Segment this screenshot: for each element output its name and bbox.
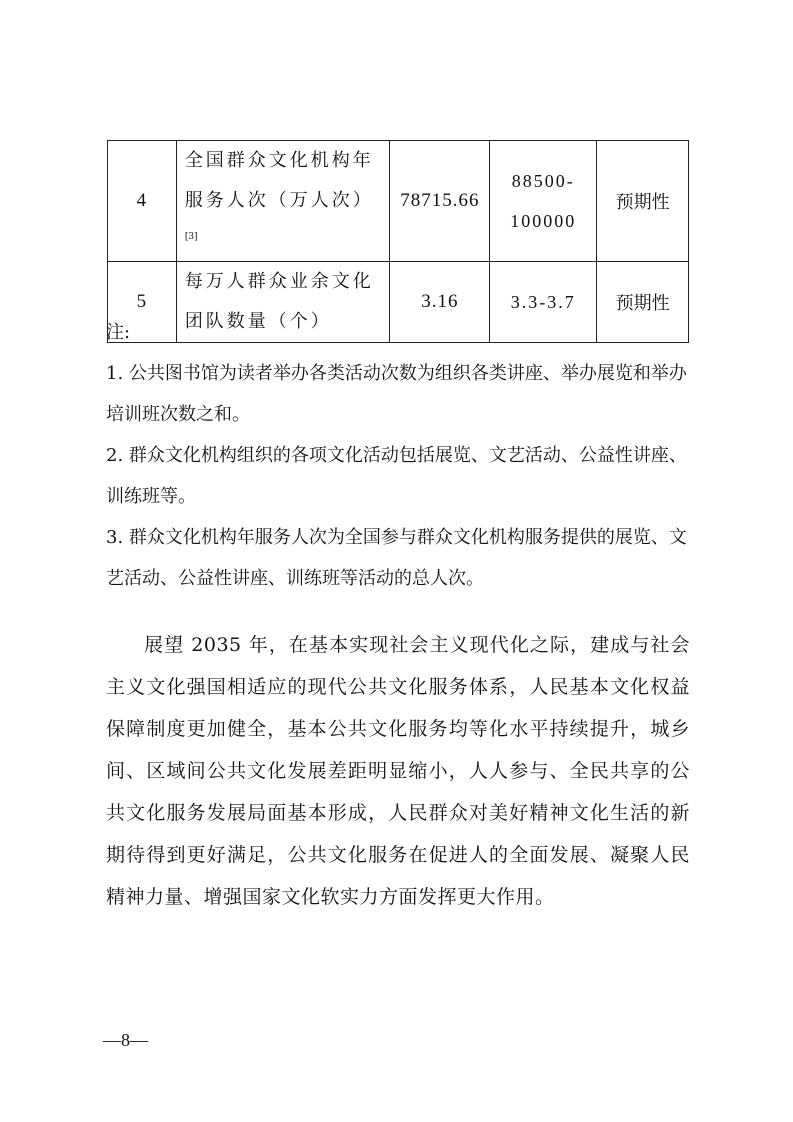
indicator-name: 全国群众文化机构年 服务人次（万人次）[3] — [176, 141, 390, 262]
indicator-name-line1: 全国群众文化机构年 — [185, 150, 374, 171]
note-item: 1. 公共图书馆为读者举办各类活动次数为组织各类讲座、举办展览和举办培训班次数之… — [106, 353, 690, 435]
target-line1: 88500- — [512, 171, 575, 191]
page-number: —8— — [103, 1030, 148, 1051]
footnote-ref: [3] — [185, 232, 198, 242]
notes-section: 注: 1. 公共图书馆为读者举办各类活动次数为组织各类讲座、举办展览和举办培训班… — [106, 312, 690, 599]
note-item: 3. 群众文化机构年服务人次为全国参与群众文化机构服务提供的展览、文艺活动、公益… — [106, 517, 690, 599]
indicator-name-line2: 服务人次（万人次） — [185, 190, 374, 211]
table-row: 4 全国群众文化机构年 服务人次（万人次）[3] 78715.66 88500-… — [108, 141, 689, 262]
notes-heading: 注: — [106, 312, 690, 353]
indicator-name-line1: 每万人群众业余文化 — [185, 271, 374, 292]
target-value: 88500- 100000 — [490, 141, 597, 262]
indicator-type: 预期性 — [597, 141, 689, 262]
row-index: 4 — [108, 141, 177, 262]
note-item: 2. 群众文化机构组织的各项文化活动包括展览、文艺活动、公益性讲座、训练班等。 — [106, 435, 690, 517]
baseline-value: 78715.66 — [390, 141, 490, 262]
target-line2: 100000 — [510, 211, 576, 231]
outlook-paragraph: 展望 2035 年，在基本实现社会主义现代化之际，建成与社会主义文化强国相适应的… — [106, 624, 690, 918]
